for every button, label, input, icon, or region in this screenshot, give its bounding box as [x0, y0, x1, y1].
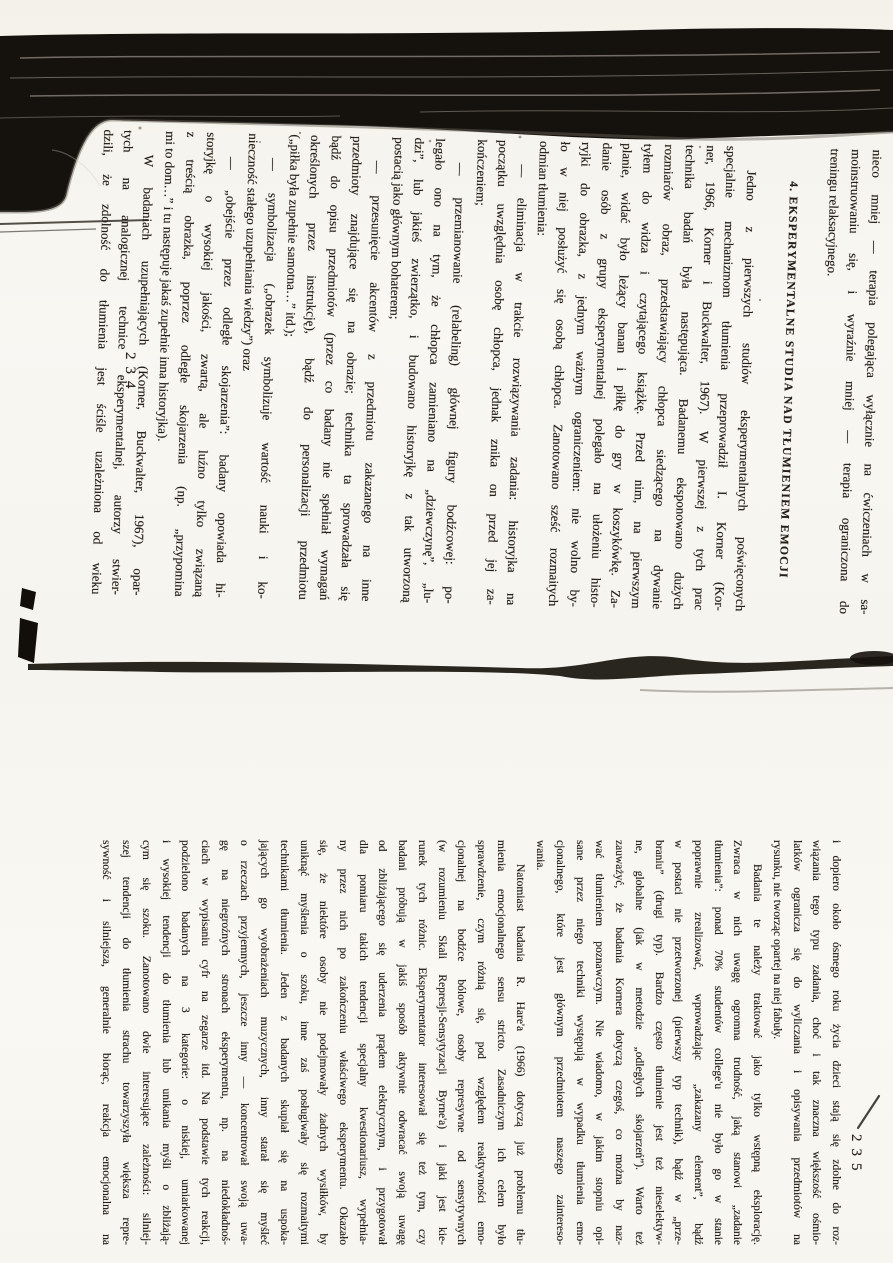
text-line: badani próbują w jakiś sposób aktywnie o… — [391, 840, 411, 1245]
spine-marks — [18, 588, 38, 663]
text-line: uniknąć myślenia o szoku, inne zaś posłu… — [293, 840, 313, 1245]
text-line: wać tłumieniem poznawczym. Nie wiadomo, … — [589, 840, 609, 1245]
text-line: gę na niegroźnych stronach eksperymentu,… — [214, 840, 234, 1245]
text-line: mienia emocjonalnego sensu stricto. Zasa… — [490, 840, 510, 1245]
text-line: ny przez nich po zakończeniu właściwego … — [332, 840, 352, 1245]
text-line: w postaci nie przetworzonej (pierwszy ty… — [668, 840, 688, 1245]
text-line: szej tendencji do tłumienia strachu towa… — [115, 840, 135, 1245]
text-line: technikami tłumienia. Jeden z badanych s… — [273, 840, 293, 1245]
text-line: Natomiast badania R. Hare'a (1966) dotyc… — [510, 840, 530, 1245]
text-line: runek tych różnic. Eksperymentator inter… — [411, 840, 431, 1245]
text-line: poprawnie zrealizować, wprowadzając „zak… — [687, 840, 707, 1245]
gutter-dark-blob — [850, 651, 893, 665]
text-line: latków ogranicza się do wyliczania i opi… — [786, 840, 806, 1245]
page-234-text-block: nieco mniej — terapia polegająca wyłączn… — [83, 129, 887, 615]
text-line: cjonalnej na bodźce bólowe, osoby repres… — [451, 840, 471, 1245]
pen-slash-mark — [858, 1096, 879, 1128]
text-line: sprawdzenie, czym różnią się, pod względ… — [470, 840, 490, 1245]
gutter-echo-line — [640, 688, 893, 692]
text-line: wiązania tego typu zadania, choć i tak z… — [806, 840, 826, 1245]
text-line: sywność i silniejsza, generalnie biorąc,… — [96, 840, 116, 1245]
text-line: (w rozumieniu Skali Represji-Sensytyzacj… — [431, 840, 451, 1245]
text-line: i dopiero około ósmego roku życia dzieci… — [825, 840, 845, 1245]
text-line: podzielono badanych na 3 kategorie: o ni… — [175, 840, 195, 1245]
text-line: cjonalnego, które jest głównym przedmiot… — [549, 840, 569, 1245]
text-line: braniu” (drugi typ). Bardzo często tłumi… — [648, 840, 668, 1245]
text-line: o rzeczach przyjemnych, jeszcze inny — k… — [234, 840, 254, 1245]
text-line: Badania te należy traktować jako tylko w… — [746, 840, 766, 1245]
text-line: się, że niektóre osoby nie podejmowały ż… — [313, 840, 333, 1245]
text-line: Zwraca w nich uwagę ogromna trudność, ja… — [727, 840, 747, 1245]
text-line: wania. — [530, 840, 550, 1245]
page-number-234: 234 — [118, 352, 138, 430]
text-line: ne, globalne (jak w metodzie „odległych … — [628, 840, 648, 1245]
page-gutter-shadow — [28, 656, 893, 679]
text-line: i wysokiej tendencji do tłumienia lub un… — [155, 840, 175, 1245]
text-line: zauważyć, że badania Kornera dotyczą cze… — [608, 840, 628, 1245]
page-number-235: 235 — [846, 1134, 864, 1198]
text-line: ciach w wypisaniu cyfr na zegarze itd. N… — [194, 840, 214, 1245]
scanned-book-spread: nieco mniej — terapia polegająca wyłączn… — [0, 0, 893, 1263]
page-235-text-block: i dopiero około ósmego roku życia dzieci… — [95, 840, 845, 1245]
text-line: tłumienia”: ponad 70% studentów college'… — [707, 840, 727, 1245]
text-line: jających go wyobrażeniach muzycznych, in… — [253, 840, 273, 1245]
text-line: rysunku, nie tworząc opartej na niej fab… — [766, 840, 786, 1245]
text-line: sane przez niego techniki występują w wy… — [569, 840, 589, 1245]
text-line: dla pomiaru takich tendencji specjalny k… — [352, 840, 372, 1245]
text-line: cym się szoku. Zanotowano dwie interesuj… — [135, 840, 155, 1245]
text-line: od zbliżającego się uderzenia prądem ele… — [372, 840, 392, 1245]
